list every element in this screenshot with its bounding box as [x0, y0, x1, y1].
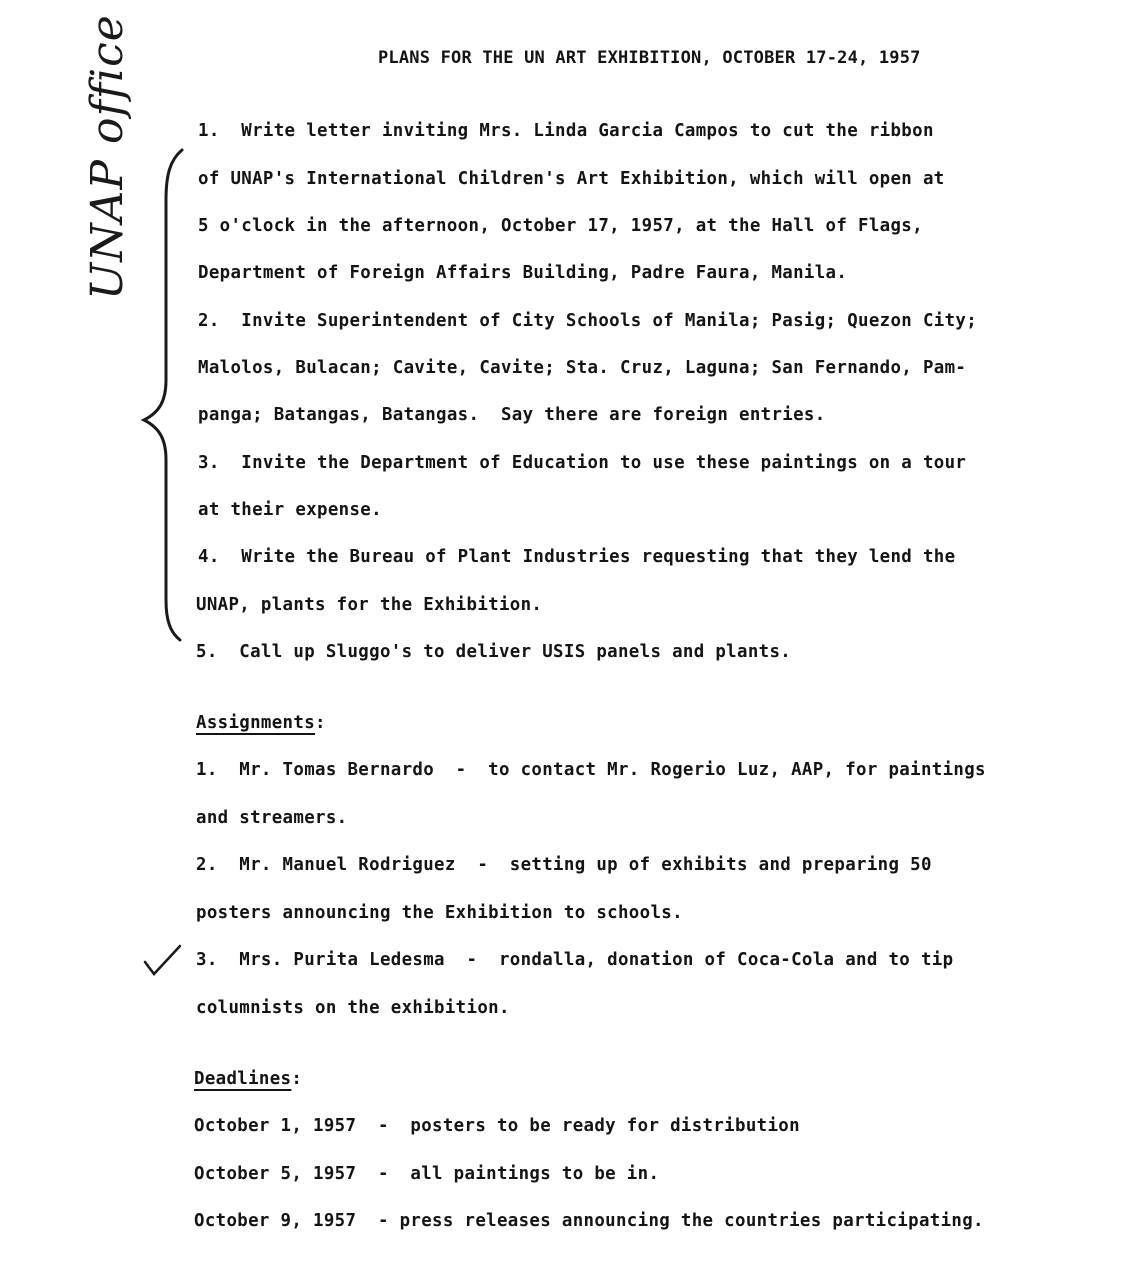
plan-item-line: Malolos, Bulacan; Cavite, Cavite; Sta. C… — [198, 358, 966, 378]
assignment-line: 1. Mr. Tomas Bernardo - to contact Mr. R… — [196, 760, 986, 780]
annotation-layer — [0, 0, 1138, 1280]
plan-item-line: of UNAP's International Children's Art E… — [198, 169, 945, 189]
checkmark-icon — [145, 946, 180, 974]
handwritten-margin-note: UNAP office — [82, 14, 133, 300]
plan-item-line: 5 o'clock in the afternoon, October 17, … — [198, 216, 923, 236]
plan-item-line: 5. Call up Sluggo's to deliver USIS pane… — [196, 642, 791, 662]
assignment-line: 2. Mr. Manuel Rodriguez - setting up of … — [196, 855, 932, 875]
deadline-item: October 9, 1957 - press releases announc… — [194, 1211, 984, 1231]
deadlines-heading: Deadlines: — [194, 1069, 302, 1089]
assignments-heading-colon: : — [315, 713, 326, 733]
plan-item-line: panga; Batangas, Batangas. Say there are… — [198, 405, 826, 425]
assignment-line: and streamers. — [196, 808, 347, 828]
plan-item-line: 1. Write letter inviting Mrs. Linda Garc… — [198, 121, 934, 141]
deadline-item: October 1, 1957 - posters to be ready fo… — [194, 1116, 800, 1136]
deadline-item: October 5, 1957 - all paintings to be in… — [194, 1164, 659, 1184]
curly-brace-icon — [144, 150, 182, 640]
assignment-line: posters announcing the Exhibition to sch… — [196, 903, 683, 923]
plan-item-line: 4. Write the Bureau of Plant Industries … — [198, 547, 955, 567]
plan-item-line: 3. Invite the Department of Education to… — [198, 453, 966, 473]
document-title: PLANS FOR THE UN ART EXHIBITION, OCTOBER… — [378, 48, 921, 68]
plan-item-line: UNAP, plants for the Exhibition. — [196, 595, 542, 615]
plan-item-line: 2. Invite Superintendent of City Schools… — [198, 311, 977, 331]
document-page: PLANS FOR THE UN ART EXHIBITION, OCTOBER… — [0, 0, 1138, 1280]
plan-item-line: Department of Foreign Affairs Building, … — [198, 263, 847, 283]
assignment-line: columnists on the exhibition. — [196, 998, 510, 1018]
assignments-heading-text: Assignments — [196, 713, 315, 733]
assignment-line: 3. Mrs. Purita Ledesma - rondalla, donat… — [196, 950, 953, 970]
plan-item-line: at their expense. — [198, 500, 382, 520]
assignments-heading: Assignments: — [196, 713, 326, 733]
deadlines-heading-colon: : — [291, 1069, 302, 1089]
deadlines-heading-text: Deadlines — [194, 1069, 291, 1089]
